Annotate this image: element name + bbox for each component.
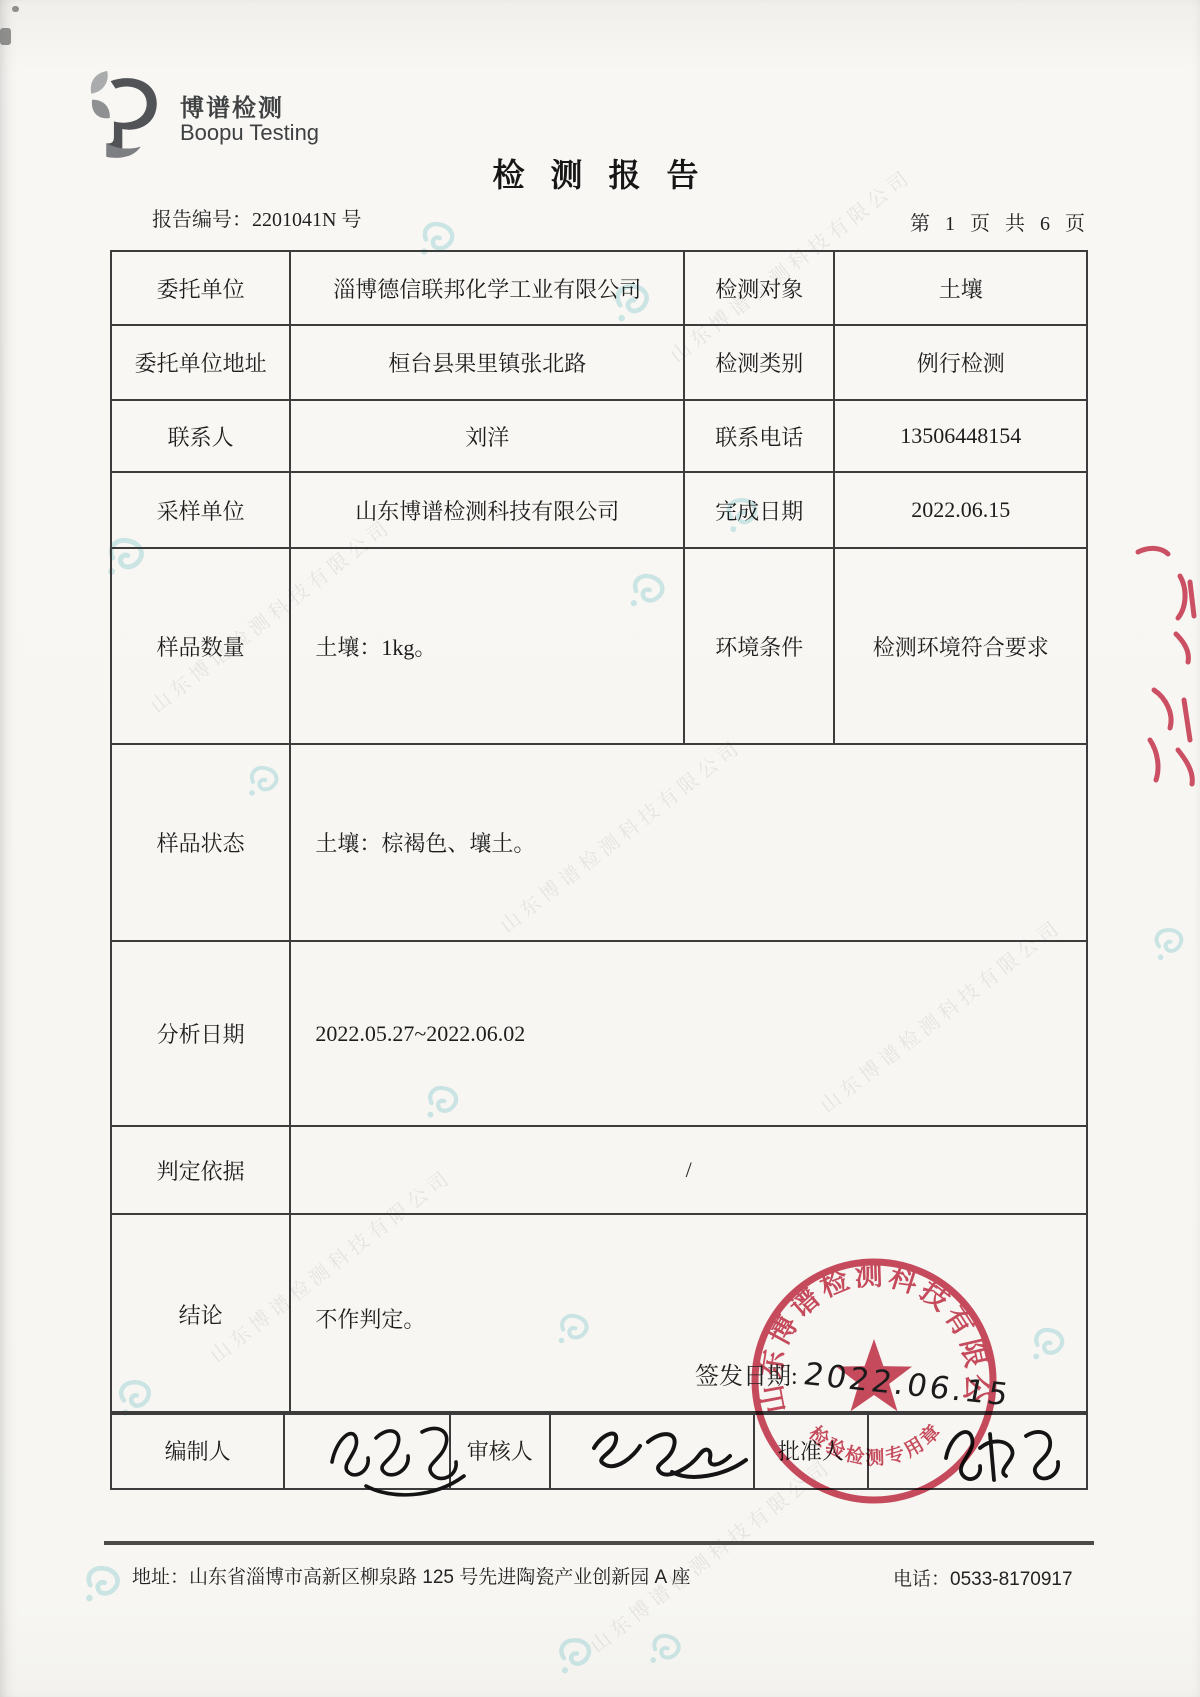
- footer-divider: [104, 1541, 1094, 1545]
- edge-stamp-fragment: [1140, 680, 1200, 790]
- report-page: 山东博谱检测科技有限公司 山东博谱检测科技有限公司 山东博谱检测科技有限公司 山…: [0, 0, 1200, 1697]
- cell-judgment-basis-label: 判定依据: [111, 1126, 290, 1214]
- cell-analysis-date-label: 分析日期: [111, 941, 290, 1126]
- table-row: 联系人 刘洋 联系电话 13506448154: [111, 400, 1087, 472]
- table-row: 采样单位 山东博谱检测科技有限公司 完成日期 2022.06.15: [111, 472, 1087, 548]
- cell-finish-date-label: 完成日期: [684, 472, 834, 548]
- table-row: 委托单位 淄博德信联邦化学工业有限公司 检测对象 土壤: [111, 251, 1087, 325]
- report-number: 报告编号：2201041N 号: [152, 203, 361, 232]
- report-info-table: 委托单位 淄博德信联邦化学工业有限公司 检测对象 土壤 委托单位地址 桓台县果里…: [110, 250, 1088, 1415]
- cell-client-value: 淄博德信联邦化学工业有限公司: [290, 251, 684, 325]
- table-row: 样品状态 土壤：棕褐色、壤土。: [111, 744, 1087, 941]
- cell-judgment-basis-value: /: [290, 1126, 1087, 1214]
- watermark-curl-icon: [645, 1631, 684, 1670]
- cell-category-value: 例行检测: [834, 325, 1087, 400]
- cell-sampling-unit-value: 山东博谱检测科技有限公司: [290, 472, 684, 548]
- reviewer-signature: [580, 1414, 760, 1494]
- scan-smudge: [0, 28, 11, 45]
- page-title: 检 测 报 告: [0, 150, 1200, 196]
- watermark-curl-icon: [81, 1565, 124, 1608]
- footer-phone: 电话：0533-8170917: [893, 1564, 1073, 1591]
- scan-smudge: [12, 6, 19, 12]
- table-row: 判定依据 /: [111, 1126, 1087, 1214]
- svg-text:检验检测专用章: 检验检测专用章: [804, 1418, 947, 1470]
- cell-sample-qty-value: 土壤：1kg。: [290, 548, 684, 744]
- cell-phone-label: 联系电话: [684, 400, 834, 472]
- cell-env-label: 环境条件: [684, 548, 834, 744]
- boopu-logo: [82, 66, 166, 160]
- issue-date-label: 签发日期:: [695, 1364, 798, 1390]
- cell-client-address-label: 委托单位地址: [111, 325, 290, 400]
- table-row: 委托单位地址 桓台县果里镇张北路 检测类别 例行检测: [111, 325, 1087, 400]
- edge-stamp-fragment: [1128, 538, 1200, 668]
- cell-finish-date-value: 2022.06.15: [834, 472, 1087, 548]
- cell-object-label: 检测对象: [684, 251, 834, 325]
- logo-name-cn: 博谱检测: [180, 88, 284, 123]
- cell-phone-value: 13506448154: [834, 400, 1087, 472]
- page-indicator: 第 1 页 共 6 页: [828, 207, 1090, 236]
- report-number-label: 报告编号：: [152, 209, 252, 231]
- cell-sample-qty-label: 样品数量: [111, 548, 290, 744]
- cell-conclusion-label: 结论: [111, 1214, 290, 1414]
- cell-sample-state-value: 土壤：棕褐色、壤土。: [290, 744, 1087, 941]
- cell-contact-value: 刘洋: [290, 400, 684, 472]
- conclusion-text: 不作判定。: [315, 1303, 425, 1334]
- cell-contact-label: 联系人: [111, 400, 290, 472]
- cell-client-address-value: 桓台县果里镇张北路: [290, 325, 684, 400]
- cell-preparer-label: 编制人: [111, 1412, 284, 1489]
- logo-name-en: Boopu Testing: [180, 120, 319, 146]
- preparer-signature: [318, 1406, 483, 1506]
- report-number-value: 2201041N 号: [252, 209, 361, 231]
- cell-sample-state-label: 样品状态: [111, 744, 290, 941]
- cell-client-label: 委托单位: [111, 251, 290, 325]
- watermark-curl-icon: [554, 1636, 595, 1677]
- table-row: 样品数量 土壤：1kg。 环境条件 检测环境符合要求: [111, 548, 1087, 744]
- watermark-curl-icon: [1150, 926, 1188, 964]
- cell-env-value: 检测环境符合要求: [834, 548, 1087, 744]
- table-row: 分析日期 2022.05.27~2022.06.02: [111, 941, 1087, 1126]
- cell-sampling-unit-label: 采样单位: [111, 472, 290, 548]
- cell-analysis-date-value: 2022.05.27~2022.06.02: [290, 941, 1087, 1126]
- issue-date: 签发日期: 2022.06.15: [695, 1356, 1011, 1392]
- cell-object-value: 土壤: [834, 251, 1087, 325]
- cell-category-label: 检测类别: [684, 325, 834, 400]
- footer-address: 地址：山东省淄博市高新区柳泉路 125 号先进陶瓷产业创新园 A 座: [132, 1562, 690, 1589]
- stamp-type-text: 检验检测专用章: [804, 1418, 947, 1470]
